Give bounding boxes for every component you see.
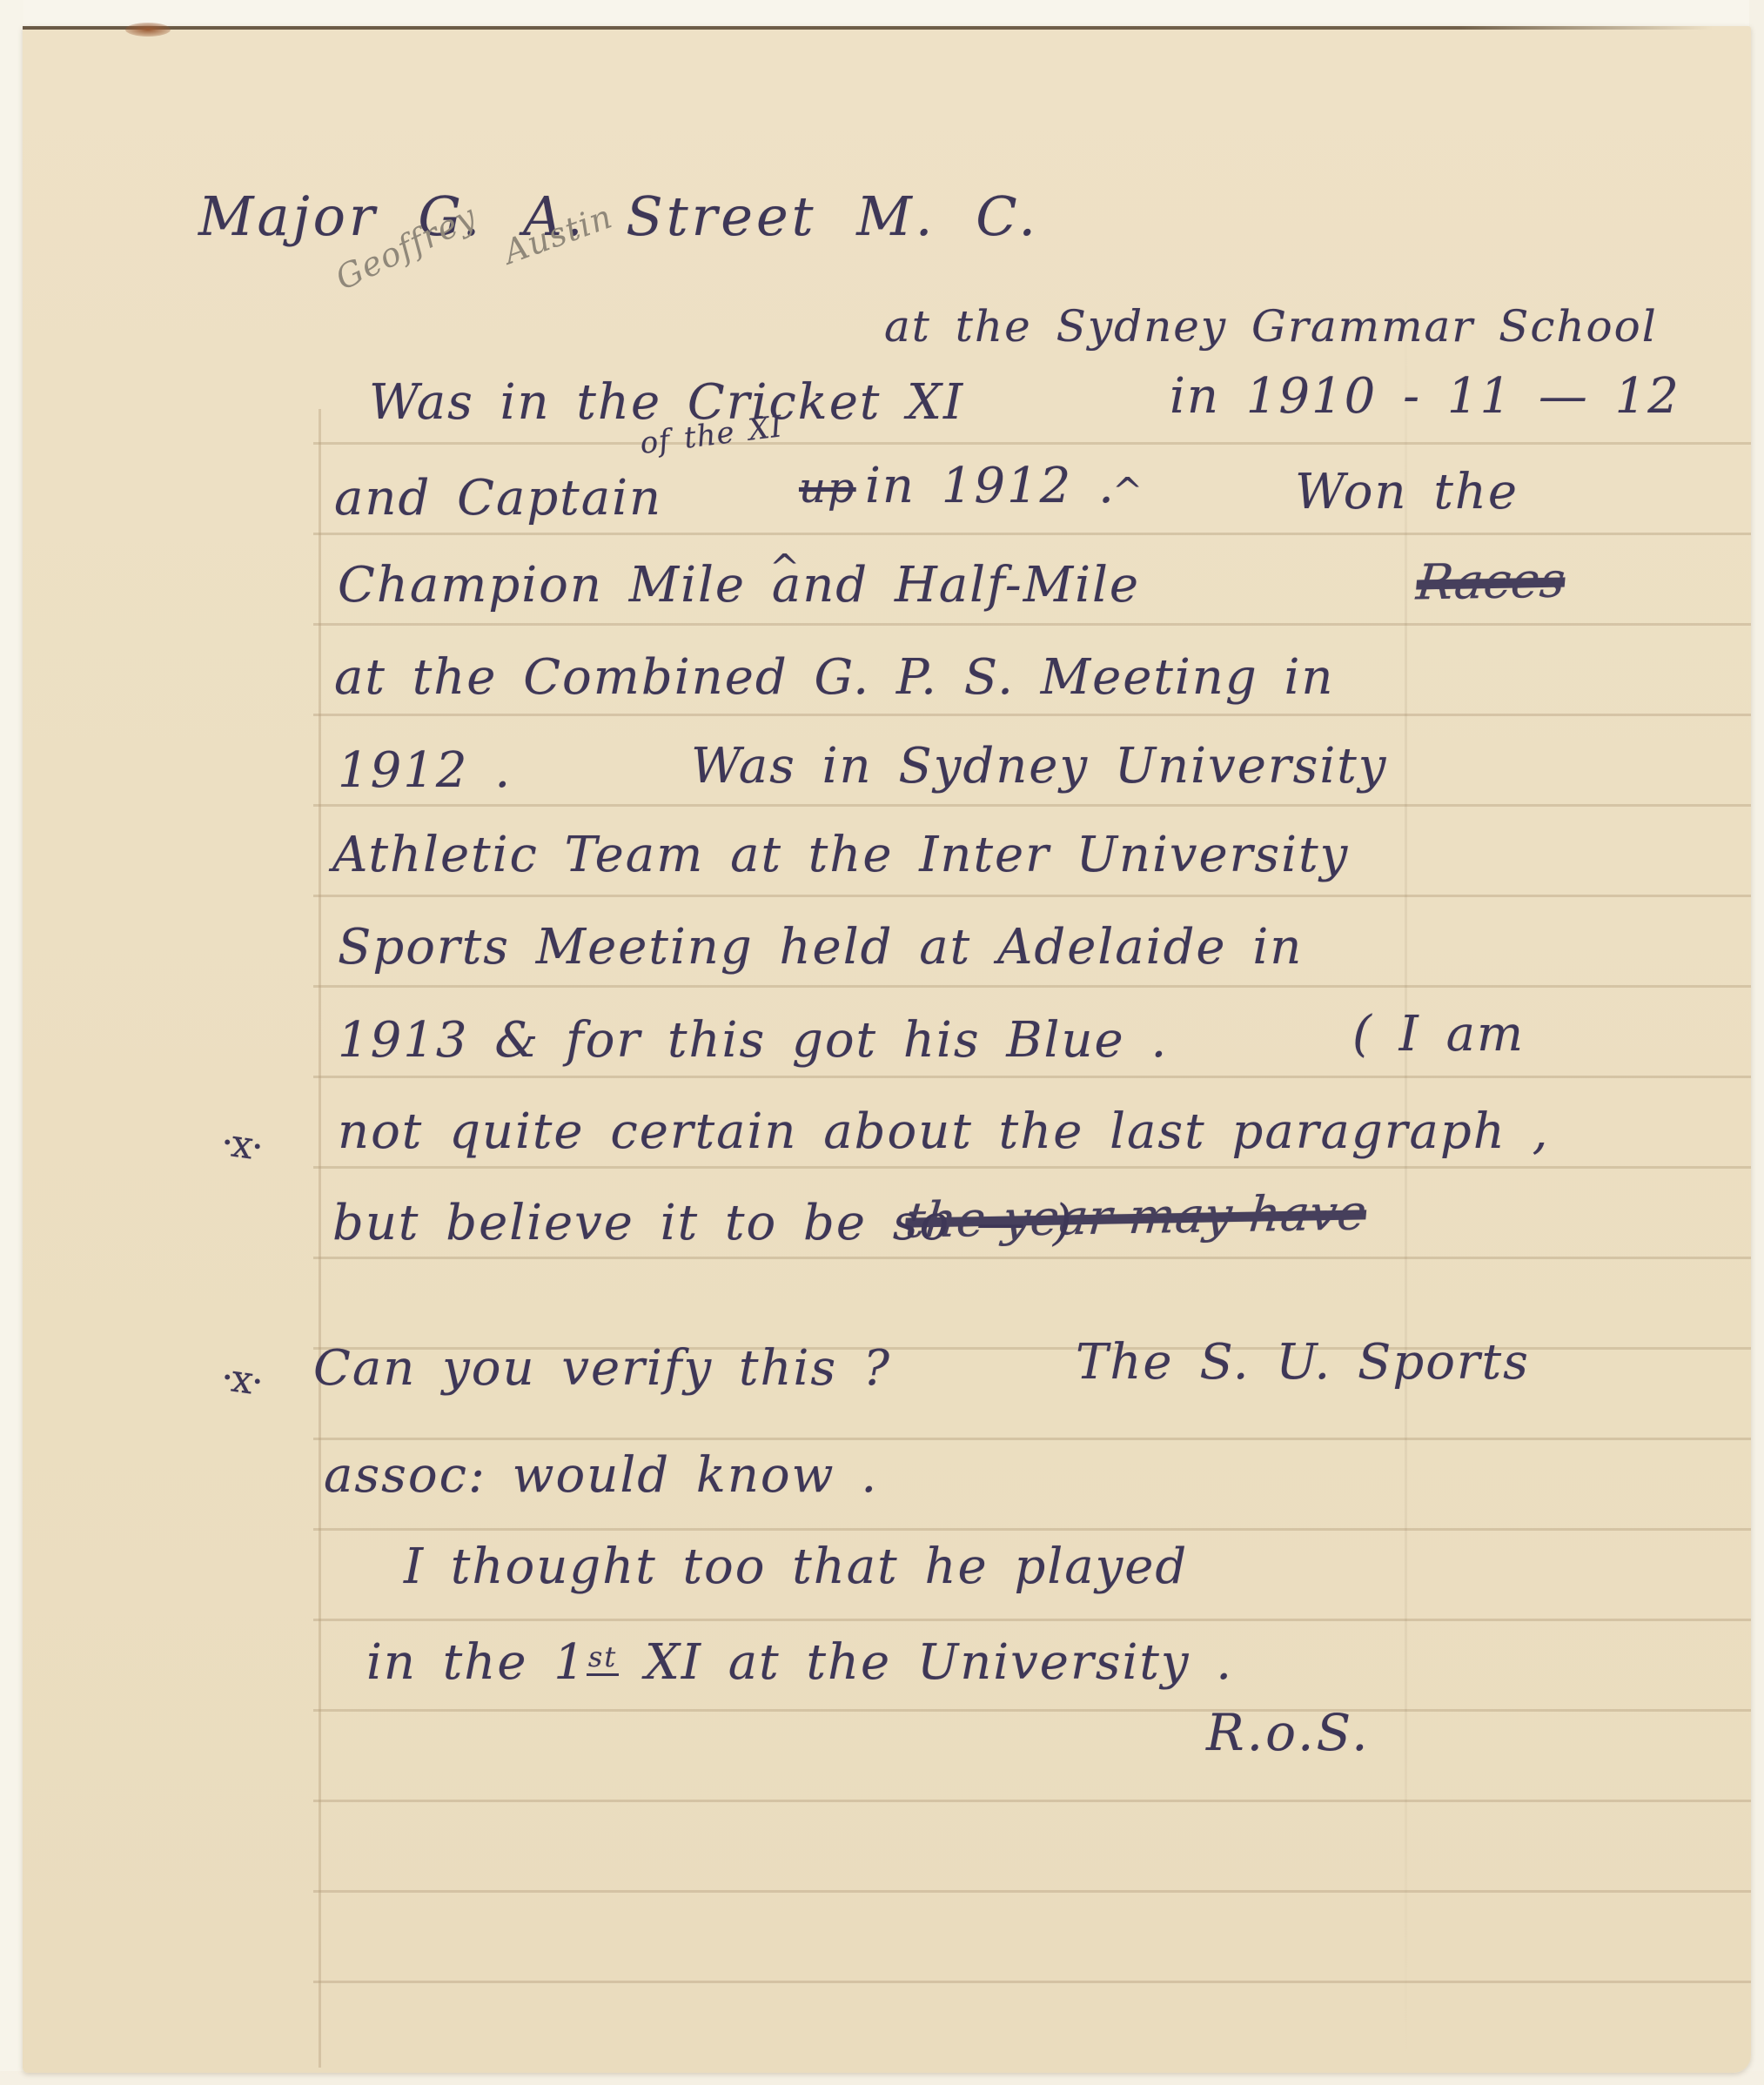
line-cricket-part1: Was in the Cricket XI (369, 376, 964, 430)
believe-struck-words: the year may have (903, 1186, 1369, 1248)
races-struck-word: Races (1414, 554, 1567, 611)
margin-rule-line (319, 409, 321, 2068)
line-thought: I thought too that he played (404, 1540, 1188, 1594)
line-verify-rest: The S. U. Sports (1076, 1336, 1530, 1390)
line-sports-meeting: Sports Meeting held at Adelaide in (338, 921, 1303, 975)
scanned-handwritten-note: { "paper": { "background_color": "#f6f2e… (0, 0, 1764, 2085)
line-school: at the Sydney Grammar School (884, 303, 1658, 351)
line-sydney-uni: Was in Sydney University (691, 740, 1387, 794)
line-first-xi: in the 1st XI at the University . (366, 1636, 1233, 1690)
caret-mark-cricket: ^ (1112, 472, 1144, 512)
first-xi-pre: in the 1 (366, 1634, 587, 1691)
line-blue-part1: 1913 & for this got his Blue . (338, 1014, 1168, 1068)
line-captain-part1: and Captain (334, 472, 662, 526)
captain-struck-word: up (799, 466, 856, 512)
first-xi-post: XI at the University . (619, 1634, 1233, 1691)
first-xi-superscript: st (587, 1640, 619, 1676)
line-captain-part2: in 1912 . (865, 459, 1116, 513)
line-combined: at the Combined G. P. S. Meeting in (334, 651, 1334, 705)
initials-signature: R.o.S. (1206, 1706, 1371, 1761)
line-cricket-part2: in 1910 - 11 — 12 (1170, 370, 1680, 424)
line-blue-part2: ( I am (1352, 1008, 1525, 1062)
line-verify-q: Can you verify this ? (313, 1342, 891, 1396)
line-champion: Champion Mile and Half-Mile (338, 559, 1140, 613)
line-assoc: assoc: would know . (324, 1449, 878, 1503)
backing-paper-top (0, 0, 1764, 30)
page-top-edge (23, 26, 1713, 30)
margin-x-mark-2: ·x· (218, 1357, 265, 1404)
line-year-1912: 1912 . (338, 744, 512, 798)
backing-paper-bottom (0, 2071, 1764, 2085)
paper-crease (1405, 287, 1407, 2071)
line-athletic: Athletic Team at the Inter University (332, 828, 1349, 882)
backing-paper-right (1749, 0, 1764, 2085)
note-page: Major G. A. Street M. C. Geoffrey Austin… (23, 26, 1751, 2073)
backing-paper-left (0, 0, 23, 2085)
margin-x-mark-1: ·x· (218, 1122, 265, 1169)
heading-title: Major G. A. Street M. C. (198, 187, 1039, 246)
line-not-quite: not quite certain about the last paragra… (338, 1105, 1549, 1159)
line-won-the: Won the (1295, 466, 1519, 520)
paper-stain (125, 23, 171, 37)
